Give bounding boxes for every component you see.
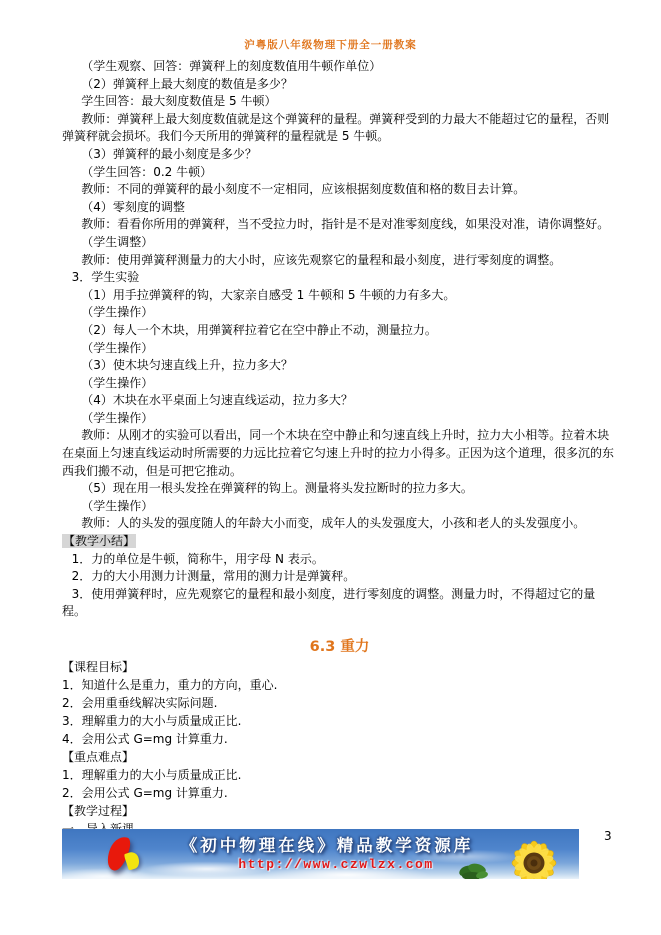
- paragraph-line: （学生操作）: [62, 410, 617, 428]
- paragraph-line: （学生回答：0.2 牛顿）: [62, 164, 617, 182]
- footer-banner[interactable]: 《初中物理在线》精品教学资源库 http://www.czwlzx.com: [62, 829, 579, 879]
- summary-heading: 【教学小结】: [62, 534, 136, 548]
- document-page: 沪粤版八年级物理下册全一册教案 （学生观察、回答：弹簧秤上的刻度数值用牛顿作单位…: [0, 0, 661, 935]
- banner-url-link[interactable]: http://www.czwlzx.com: [180, 857, 492, 872]
- paragraph-line: 教师：弹簧秤上最大刻度数值就是这个弹簧秤的量程。弹簧秤受到的力最大不能超过它的量…: [62, 111, 617, 146]
- keypoints-heading: 【重点难点】: [62, 748, 617, 766]
- paragraph-line: 教师：不同的弹簧秤的最小刻度不一定相同，应该根据刻度数值和格的数目去计算。: [62, 181, 617, 199]
- paragraph-line: （2）每人一个木块，用弹簧秤拉着它在空中静止不动，测量拉力。: [62, 322, 617, 340]
- goal-item: 2．会用重垂线解决实际问题.: [62, 694, 617, 712]
- paragraph-line: 学生回答：最大刻度数值是 5 牛顿）: [62, 93, 617, 111]
- goal-item: 1．知道什么是重力，重力的方向，重心.: [62, 676, 617, 694]
- document-header-title: 沪粤版八年级物理下册全一册教案: [0, 37, 661, 52]
- goal-item: 3．理解重力的大小与质量成正比.: [62, 712, 617, 730]
- paragraph-line: 教师：从刚才的实验可以看出，同一个木块在空中静止和匀速直线上升时，拉力大小相等。…: [62, 427, 617, 480]
- keypoint-item: 2．会用公式 G=mg 计算重力.: [62, 784, 617, 802]
- flame-yellow-shape: [124, 850, 142, 870]
- paragraph-line: 教师：看看你所用的弹簧秤，当不受拉力时，指针是不是对准零刻度线，如果没对准，请你…: [62, 216, 617, 234]
- sunflower-image: [491, 835, 577, 879]
- paragraph-line: （学生操作）: [62, 375, 617, 393]
- summary-item: 3．使用弹簧秤时，应先观察它的量程和最小刻度，进行零刻度的调整。测量力时，不得超…: [62, 586, 617, 621]
- paragraph-line: 3．学生实验: [62, 269, 617, 287]
- paragraph-line: （2）弹簧秤上最大刻度的数值是多少？: [62, 76, 617, 94]
- banner-text-block: 《初中物理在线》精品教学资源库 http://www.czwlzx.com: [162, 832, 492, 872]
- paragraph-line: （3）弹簧秤的最小刻度是多少？: [62, 146, 617, 164]
- summary-item: 2．力的大小用测力计测量，常用的测力计是弹簧秤。: [62, 568, 617, 586]
- summary-item: 1．力的单位是牛顿，简称牛，用字母 N 表示。: [62, 551, 617, 569]
- paragraph-line: （学生操作）: [62, 304, 617, 322]
- paragraph-line: （学生观察、回答：弹簧秤上的刻度数值用牛顿作单位）: [62, 58, 617, 76]
- paragraph-line: （5）现在用一根头发拴在弹簧秤的钩上。测量将头发拉断时的拉力多大。: [62, 480, 617, 498]
- paragraph-line: 教师：使用弹簧秤测量力的大小时，应该先观察它的量程和最小刻度，进行零刻度的调整。: [62, 252, 617, 270]
- paragraph-line: （3）使木块匀速直线上升，拉力多大？: [62, 357, 617, 375]
- paragraph-line: （1）用手拉弹簧秤的钩，大家亲自感受 1 牛顿和 5 牛顿的力有多大。: [62, 287, 617, 305]
- banner-title: 《初中物理在线》精品教学资源库: [162, 832, 492, 856]
- section-title-gravity: 6.3 重力: [62, 637, 617, 657]
- document-body: （学生观察、回答：弹簧秤上的刻度数值用牛顿作单位） （2）弹簧秤上最大刻度的数值…: [62, 58, 617, 838]
- process-heading: 【教学过程】: [62, 802, 617, 820]
- paragraph-line: （学生操作）: [62, 498, 617, 516]
- banner-flame-logo-icon: [106, 834, 146, 876]
- summary-heading-row: 【教学小结】: [62, 533, 617, 551]
- paragraph-line: （学生操作）: [62, 340, 617, 358]
- goal-item: 4．会用公式 G=mg 计算重力.: [62, 730, 617, 748]
- page-number: 3: [604, 829, 612, 843]
- goals-heading: 【课程目标】: [62, 658, 617, 676]
- paragraph-line: （4）木块在水平桌面上匀速直线运动，拉力多大？: [62, 392, 617, 410]
- green-plant-icon: [457, 857, 491, 879]
- paragraph-line: （学生调整）: [62, 234, 617, 252]
- keypoint-item: 1．理解重力的大小与质量成正比.: [62, 766, 617, 784]
- paragraph-line: 教师：人的头发的强度随人的年龄大小而变，成年人的头发强度大，小孩和老人的头发强度…: [62, 515, 617, 533]
- paragraph-line: （4）零刻度的调整: [62, 199, 617, 217]
